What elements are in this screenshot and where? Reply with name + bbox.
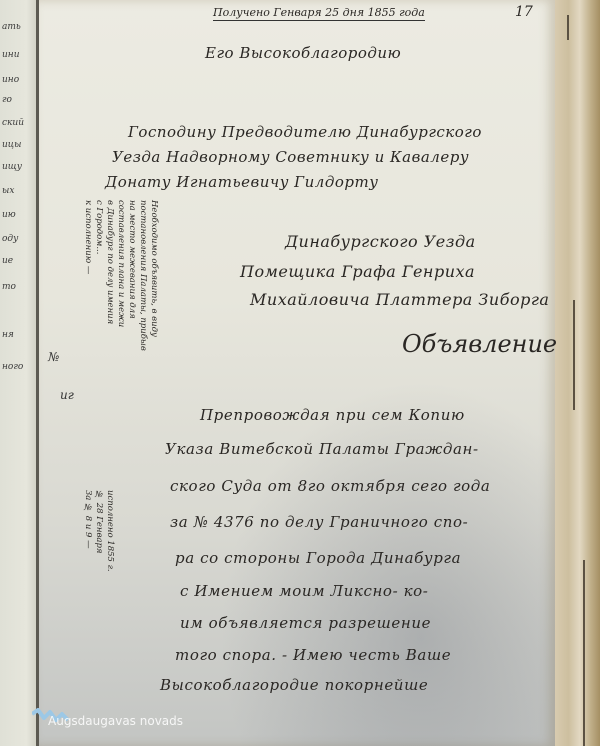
body-line: Препровождая при сем Копию xyxy=(200,406,465,424)
sender-line: Михайловича Платтера Зиборга xyxy=(250,290,549,309)
left-fragment: ини xyxy=(2,50,20,60)
left-fragment: ного xyxy=(2,362,23,372)
left-fragment: ие xyxy=(2,256,13,266)
left-fragment: ня xyxy=(2,330,14,340)
left-fragment: то xyxy=(2,282,16,292)
left-fragment: ино xyxy=(2,75,19,85)
body-line: ра со стороны Города Динабурга xyxy=(175,549,461,567)
left-fragment: ых xyxy=(2,186,14,196)
margin-mark: № xyxy=(48,350,59,364)
left-fragment: ать xyxy=(2,22,21,32)
left-page-fragment: ать ини ино го ский ицы ищу ых ию оду ие… xyxy=(0,0,38,746)
watermark: Augsdaugavas novads xyxy=(30,714,165,728)
body-line: Высокоблагородие покорнейше xyxy=(160,676,428,694)
folio-number: 17 xyxy=(515,4,533,20)
margin-note-lower: исполнено 1855 г. № 28 Генваря За № 8 и … xyxy=(82,490,115,620)
addressee-line: Донату Игнатьевичу Гилдорту xyxy=(105,173,378,191)
left-fragment: оду xyxy=(2,234,18,244)
receipt-note: Получено Генваря 25 дня 1855 года xyxy=(213,6,425,21)
left-fragment: ию xyxy=(2,210,16,220)
left-fragment: ский xyxy=(2,118,24,128)
document-heading: Объявление xyxy=(402,330,557,358)
body-line: ского Суда от 8го октября сего года xyxy=(170,477,490,495)
body-line: Указа Витебской Палаты Граждан- xyxy=(165,440,479,458)
sender-line: Динабургского Уезда xyxy=(285,232,476,251)
sender-line: Помещика Графа Генриха xyxy=(240,262,475,281)
left-fragment: ицы xyxy=(2,140,21,150)
body-line: того спора. - Имею честь Ваше xyxy=(175,646,451,664)
left-fragment: го xyxy=(2,95,12,105)
salutation: Его Высокоблагородию xyxy=(205,44,401,62)
body-line: с Имением моим Ликсно- ко- xyxy=(180,582,428,600)
left-fragment: ищу xyxy=(2,162,22,172)
watermark-text: Augsdaugavas novads xyxy=(48,714,183,728)
margin-mark: иг xyxy=(60,388,74,402)
addressee-line: Господину Предводителю Динабургского xyxy=(128,123,482,141)
page-edges-stack xyxy=(555,0,600,746)
addressee-line: Уезда Надворному Советнику и Кавалеру xyxy=(112,148,469,166)
margin-note-upper: Необходимо объявить, в виду постановлени… xyxy=(82,200,159,400)
body-line: за № 4376 по делу Граничного спо- xyxy=(170,513,468,531)
body-line: им объявляется разрешение xyxy=(180,614,431,632)
